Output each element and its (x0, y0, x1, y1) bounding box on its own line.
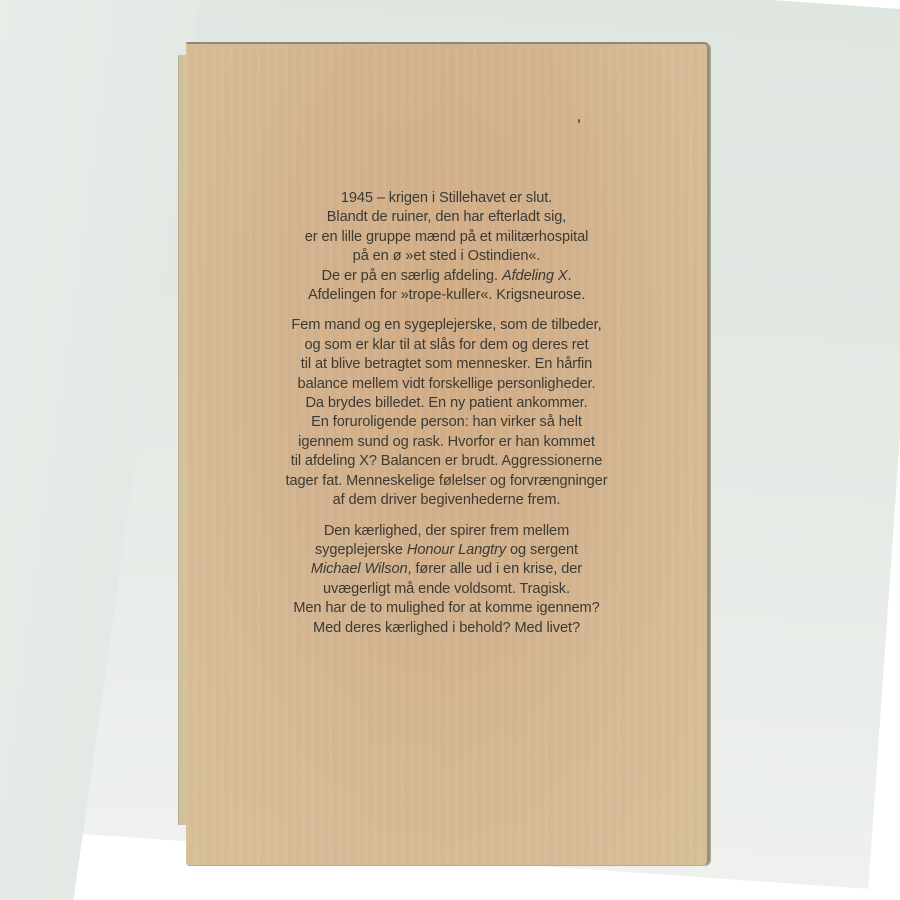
blurb-text: er en lille gruppe mænd på et militærhos… (305, 229, 588, 245)
blurb-line: tager fat. Menneskelige følelser og forv… (186, 472, 707, 491)
blurb-text: Fem mand og en sygeplejerske, som de til… (291, 317, 601, 333)
blurb-line: En foruroligende person: han virker så h… (186, 413, 707, 432)
blurb-line: Blandt de ruiner, den har efterladt sig, (186, 208, 707, 227)
blurb-text: , fører alle ud i en krise, der (408, 561, 583, 577)
blurb-text: af dem driver begivenhederne frem. (333, 492, 561, 508)
blurb-text: Med deres kærlighed i behold? Med livet? (313, 620, 580, 636)
blurb-text: balance mellem vidt forskellige personli… (298, 376, 596, 392)
blurb-line: af dem driver begivenhederne frem. (186, 491, 707, 510)
blurb-line: og som er klar til at slås for dem og de… (186, 336, 707, 355)
blurb-text: 1945 – krigen i Stillehavet er slut. (341, 190, 552, 206)
blurb-line: De er på en særlig afdeling. Afdeling X. (186, 267, 707, 286)
blurb-text: uvægerligt må ende voldsomt. Tragisk. (323, 581, 570, 597)
blurb-line: uvægerligt må ende voldsomt. Tragisk. (186, 580, 707, 599)
blurb-italic-text: Michael Wilson (311, 561, 408, 577)
blurb-text: Blandt de ruiner, den har efterladt sig, (327, 209, 566, 225)
blurb-line: Den kærlighed, der spirer frem mellem (186, 522, 707, 541)
blurb-line: Fem mand og en sygeplejerske, som de til… (186, 316, 707, 335)
blurb-paragraph: Fem mand og en sygeplejerske, som de til… (186, 316, 707, 510)
blurb-paragraph: Den kærlighed, der spirer frem mellemsyg… (186, 522, 707, 638)
blurb-text: De er på en særlig afdeling. (322, 268, 502, 284)
blurb-line: Afdelingen for »trope-kuller«. Krigsneur… (186, 286, 707, 305)
blurb-line: til afdeling X? Balancen er brudt. Aggre… (186, 452, 707, 471)
blurb-line: Da brydes billedet. En ny patient ankomm… (186, 394, 707, 413)
blurb-line: 1945 – krigen i Stillehavet er slut. (186, 189, 707, 208)
blurb-line: til at blive betragtet som mennesker. En… (186, 355, 707, 374)
blurb-text: og sergent (506, 542, 578, 558)
blurb-text: tager fat. Menneskelige følelser og forv… (286, 473, 608, 489)
blurb-text: sygeplejerske (315, 542, 407, 558)
blurb-text: Den kærlighed, der spirer frem mellem (324, 523, 569, 539)
blurb-text: Men har de to mulighed for at komme igen… (293, 600, 599, 616)
blurb-line: Michael Wilson, fører alle ud i en krise… (186, 560, 707, 579)
blurb-text: . (568, 268, 572, 284)
blurb-text: igennem sund og rask. Hvorfor er han kom… (298, 434, 595, 450)
blurb-text: på en ø »et sted i Ostindien«. (353, 248, 541, 264)
blurb-line: balance mellem vidt forskellige personli… (186, 375, 707, 394)
blurb-line: Med deres kærlighed i behold? Med livet? (186, 619, 707, 638)
blurb-text: til at blive betragtet som mennesker. En… (301, 356, 592, 372)
photo-scene: 1945 – krigen i Stillehavet er slut.Blan… (0, 0, 900, 900)
blurb-line: er en lille gruppe mænd på et militærhos… (186, 228, 707, 247)
blurb-italic-text: Afdeling X (502, 268, 568, 284)
blurb-line: på en ø »et sted i Ostindien«. (186, 247, 707, 266)
cover-blurb: 1945 – krigen i Stillehavet er slut.Blan… (186, 189, 707, 649)
book-back-cover: 1945 – krigen i Stillehavet er slut.Blan… (186, 42, 710, 865)
blurb-line: Men har de to mulighed for at komme igen… (186, 599, 707, 618)
cover-speck (578, 119, 580, 123)
blurb-text: Afdelingen for »trope-kuller«. Krigsneur… (308, 287, 585, 303)
blurb-text: En foruroligende person: han virker så h… (311, 414, 582, 430)
blurb-text: og som er klar til at slås for dem og de… (304, 337, 588, 353)
blurb-line: sygeplejerske Honour Langtry og sergent (186, 541, 707, 560)
blurb-paragraph: 1945 – krigen i Stillehavet er slut.Blan… (186, 189, 707, 305)
blurb-text: Da brydes billedet. En ny patient ankomm… (305, 395, 587, 411)
blurb-italic-text: Honour Langtry (407, 542, 506, 558)
blurb-line: igennem sund og rask. Hvorfor er han kom… (186, 433, 707, 452)
blurb-text: til afdeling X? Balancen er brudt. Aggre… (291, 453, 603, 469)
